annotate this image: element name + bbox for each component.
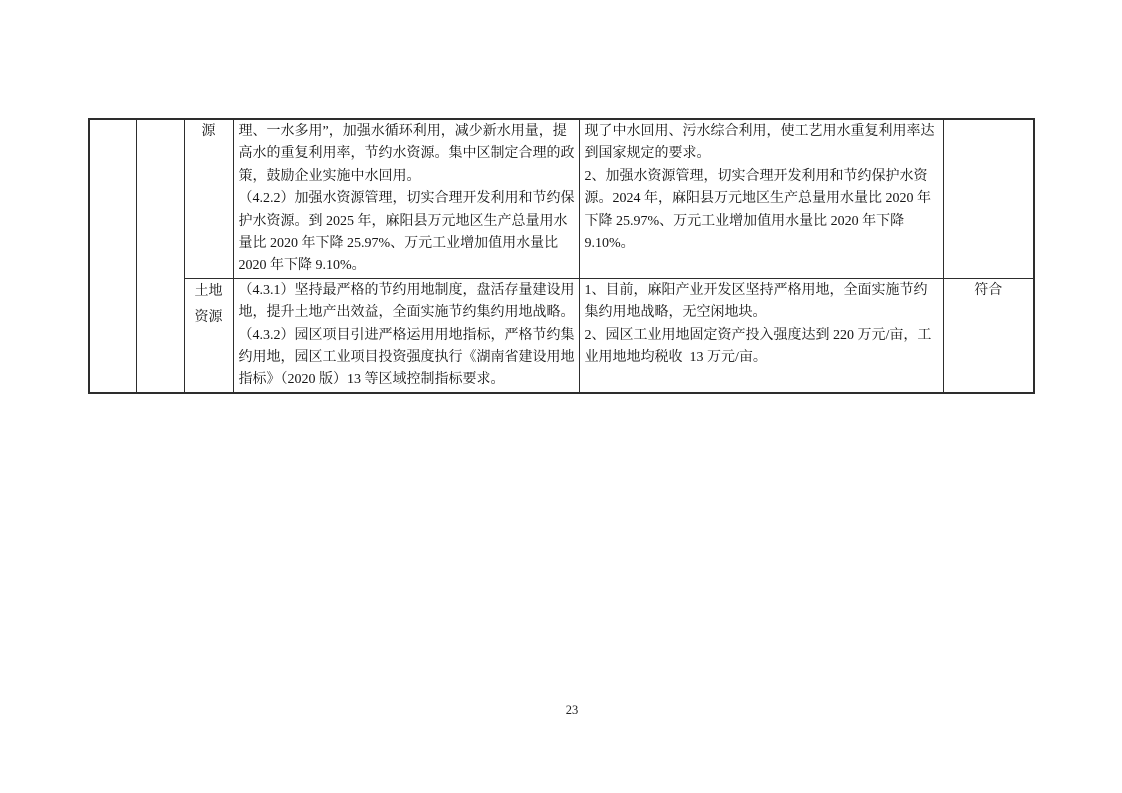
table-row: 土地 资源 （4.3.1）坚持最严格的节约用地制度，盘活存量建设用 地，提升土地… bbox=[89, 278, 1034, 393]
table-row: 源 理、一水多用”，加强水循环利用，减少新水用量，提 高水的重复利用率，节约水资… bbox=[89, 119, 1034, 278]
implementation-cell-water-resources: 现了中水回用、污水综合利用，使工艺用水重复利用率达 到国家规定的要求。 2、加强… bbox=[579, 119, 943, 278]
requirement-cell-water-resources: 理、一水多用”，加强水循环利用，减少新水用量，提 高水的重复利用率，节约水资源。… bbox=[233, 119, 579, 278]
category-cell-water-resources: 源 bbox=[184, 119, 233, 278]
merged-cell-left-1 bbox=[89, 119, 136, 393]
category-cell-land-resources: 土地 资源 bbox=[184, 278, 233, 393]
requirement-cell-land-resources: （4.3.1）坚持最严格的节约用地制度，盘活存量建设用 地，提升土地产出效益，全… bbox=[233, 278, 579, 393]
implementation-cell-land-resources: 1、目前，麻阳产业开发区坚持严格用地，全面实施节约 集约用地战略，无空闲地块。 … bbox=[579, 278, 943, 393]
merged-cell-left-2 bbox=[136, 119, 184, 393]
conformity-cell-land-resources: 符合 bbox=[943, 278, 1034, 393]
page-number: 23 bbox=[11, 703, 1122, 718]
compliance-table: 源 理、一水多用”，加强水循环利用，减少新水用量，提 高水的重复利用率，节约水资… bbox=[88, 118, 1035, 394]
conformity-cell-water-resources bbox=[943, 119, 1034, 278]
document-page: 源 理、一水多用”，加强水循环利用，减少新水用量，提 高水的重复利用率，节约水资… bbox=[0, 0, 1122, 793]
